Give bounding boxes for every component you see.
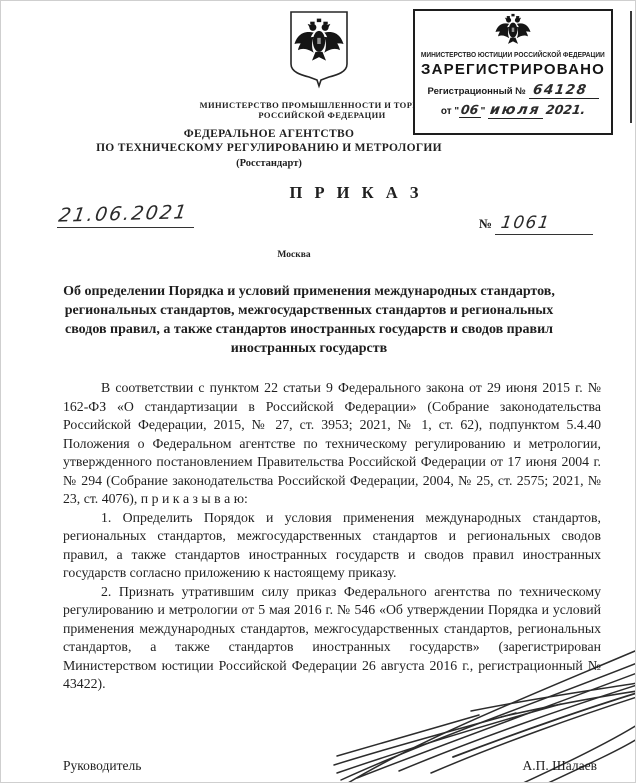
order-number: № 1061 <box>479 213 593 235</box>
order-title: Об определении Порядка и условий примене… <box>59 282 559 358</box>
agency-short-name: (Росстандарт) <box>39 158 499 169</box>
scan-edge-line <box>630 11 632 123</box>
coat-of-arms-icon <box>287 9 351 89</box>
order-date-handwritten: 21.06.2021 <box>57 203 194 228</box>
stamp-date-line: от "06" июля 2021. <box>441 102 585 119</box>
stamp-date-quote: " <box>481 106 486 117</box>
stamp-eagle-icon <box>493 13 533 51</box>
body-paragraph-item2: 2. Признать утратившим силу приказ Федер… <box>63 583 601 694</box>
stamp-date-prefix: от " <box>441 106 459 117</box>
stamp-date-year-handwritten: 2021. <box>545 102 587 117</box>
body-paragraph-item1: 1. Определить Порядок и условия применен… <box>63 509 601 583</box>
order-date-text: 21.06.2021 <box>57 201 190 226</box>
stamp-reg-label: Регистрационный № <box>428 86 526 97</box>
signer-name: А.П. Шалаев <box>523 758 597 774</box>
stamp-reg-number-handwritten: 64128 <box>531 82 588 98</box>
signer-position: Руководитель <box>63 758 141 774</box>
number-label: № <box>479 216 492 231</box>
registration-stamp: МИНИСТЕРСТВО ЮСТИЦИИ РОССИЙСКОЙ ФЕДЕРАЦИ… <box>413 9 613 135</box>
stamp-date-month-handwritten: июля <box>489 102 542 118</box>
city-label: Москва <box>134 250 454 260</box>
signature-row: Руководитель А.П. Шалаев <box>1 758 636 774</box>
stamp-registered-label: ЗАРЕГИСТРИРОВАНО <box>421 61 605 78</box>
agency-line2: ПО ТЕХНИЧЕСКОМУ РЕГУЛИРОВАНИЮ И МЕТРОЛОГ… <box>39 142 499 156</box>
document-type-title: П Р И К А З <box>196 183 516 203</box>
stamp-date-day-handwritten: 06 <box>460 102 480 117</box>
body-paragraph-preamble: В соответствии с пунктом 22 статьи 9 Фед… <box>63 379 601 509</box>
stamp-ministry-line: МИНИСТЕРСТВО ЮСТИЦИИ РОССИЙСКОЙ ФЕДЕРАЦИ… <box>421 52 605 59</box>
document-page: МИНИСТЕРСТВО ПРОМЫШЛЕННОСТИ И ТОРГОВЛИ Р… <box>0 0 636 783</box>
order-body: В соответствии с пунктом 22 статьи 9 Фед… <box>63 379 601 694</box>
order-number-handwritten: 1061 <box>500 213 552 233</box>
stamp-registration-number-line: Регистрационный № 64128 <box>428 82 599 99</box>
